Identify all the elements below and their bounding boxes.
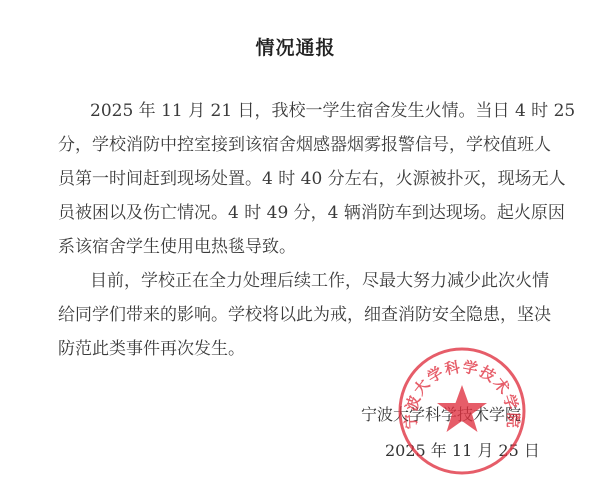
- paragraph-line: 员被困以及伤亡情况。4 时 49 分，4 辆消防车到达现场。起火原因: [58, 196, 536, 230]
- paragraph-line: 分，学校消防中控室接到该宿舍烟感器烟雾报警信号，学校值班人: [58, 128, 536, 162]
- issue-date: 2025 年 11 月 25 日: [385, 438, 540, 461]
- paragraph-followup: 目前，学校正在全力处理后续工作，尽最大努力减少此次火情 给同学们带来的影响。学校…: [58, 264, 536, 366]
- paragraph-line: 系该宿舍学生使用电热毯导致。: [58, 230, 536, 264]
- paragraph-line: 员第一时间赶到现场处置。4 时 40 分左右，火源被扑灭，现场无人: [58, 162, 536, 196]
- document-title: 情况通报: [0, 33, 591, 60]
- paragraph-line: 给同学们带来的影响。学校将以此为戒，细查消防安全隐患，坚决: [58, 298, 536, 332]
- paragraph-line: 2025 年 11 月 21 日，我校一学生宿舍发生火情。当日 4 时 25: [58, 94, 536, 128]
- paragraph-line: 防范此类事件再次发生。: [58, 332, 536, 366]
- paragraph-line: 目前，学校正在全力处理后续工作，尽最大努力减少此次火情: [58, 264, 536, 298]
- paragraph-incident: 2025 年 11 月 21 日，我校一学生宿舍发生火情。当日 4 时 25 分…: [58, 94, 536, 264]
- issuer-name: 宁波大学科学技术学院: [361, 402, 521, 425]
